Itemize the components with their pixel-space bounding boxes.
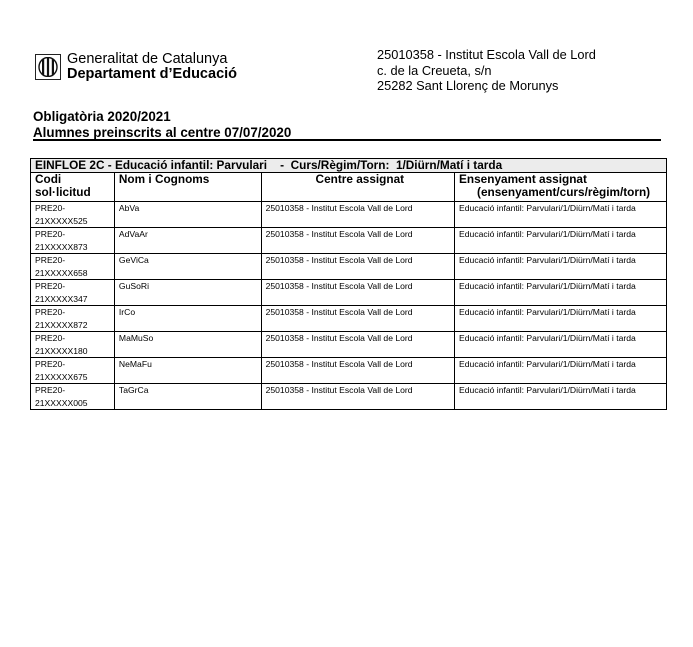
cell-ensenyament: Educació infantil: Parvulari/1/Diürn/Mat… [455, 358, 667, 384]
cell-ensenyament: Educació infantil: Parvulari/1/Diürn/Mat… [455, 384, 667, 410]
cell-code: PRE20-21XXXXX873 [31, 228, 115, 254]
cell-ensenyament: Educació infantil: Parvulari/1/Diürn/Mat… [455, 332, 667, 358]
cell-centre: 25010358 - Institut Escola Vall de Lord [261, 202, 454, 228]
column-header-code-line2: sol·licitud [35, 185, 91, 199]
cell-centre: 25010358 - Institut Escola Vall de Lord [261, 306, 454, 332]
code-part1: PRE20- [35, 281, 65, 291]
group-header-row: EINFLOE 2C - Educació infantil: Parvular… [31, 159, 667, 173]
table-row: PRE20-21XXXXX347GuSoRi25010358 - Institu… [31, 280, 667, 306]
group-header: EINFLOE 2C - Educació infantil: Parvular… [31, 159, 667, 173]
catalan-shield-icon [35, 54, 61, 80]
cell-code: PRE20-21XXXXX005 [31, 384, 115, 410]
code-part1: PRE20- [35, 385, 65, 395]
logo-line-generalitat: Generalitat de Catalunya [67, 52, 237, 67]
cell-name: TaGrCa [114, 384, 261, 410]
column-header-centre: Centre assignat [261, 173, 454, 202]
cell-code: PRE20-21XXXXX525 [31, 202, 115, 228]
cell-code: PRE20-21XXXXX180 [31, 332, 115, 358]
code-part1: PRE20- [35, 255, 65, 265]
column-header-ensenyament: Ensenyament assignat (ensenyament/curs/r… [455, 173, 667, 202]
column-header-ensenyament-line1: Ensenyament assignat [459, 172, 587, 186]
address-line-street: c. de la Creueta, s/n [377, 63, 596, 79]
cell-centre: 25010358 - Institut Escola Vall de Lord [261, 384, 454, 410]
document-title-year: Obligatòria 2020/2021 [33, 109, 291, 125]
cell-ensenyament: Educació infantil: Parvulari/1/Diürn/Mat… [455, 254, 667, 280]
code-part1: PRE20- [35, 307, 65, 317]
code-part2: 21XXXXX872 [35, 320, 88, 330]
cell-centre: 25010358 - Institut Escola Vall de Lord [261, 358, 454, 384]
title-divider [33, 139, 661, 141]
table-row: PRE20-21XXXXX005TaGrCa25010358 - Institu… [31, 384, 667, 410]
table-row: PRE20-21XXXXX525AbVa25010358 - Institut … [31, 202, 667, 228]
cell-code: PRE20-21XXXXX872 [31, 306, 115, 332]
cell-name: GuSoRi [114, 280, 261, 306]
code-part1: PRE20- [35, 359, 65, 369]
column-header-centre-label: Centre assignat [316, 172, 405, 186]
code-part2: 21XXXXX525 [35, 216, 88, 226]
school-address: 25010358 - Institut Escola Vall de Lord … [377, 47, 596, 94]
cell-ensenyament: Educació infantil: Parvulari/1/Diürn/Mat… [455, 280, 667, 306]
column-header-ensenyament-line2: (ensenyament/curs/règim/torn) [459, 186, 666, 199]
column-header-name-label: Nom i Cognoms [119, 172, 209, 186]
code-part2: 21XXXXX005 [35, 398, 88, 408]
column-header-code: Codi sol·licitud [31, 173, 115, 202]
table-row: PRE20-21XXXXX873AdVaAr25010358 - Institu… [31, 228, 667, 254]
cell-code: PRE20-21XXXXX675 [31, 358, 115, 384]
preinscribed-students-table: EINFLOE 2C - Educació infantil: Parvular… [30, 158, 667, 410]
cell-centre: 25010358 - Institut Escola Vall de Lord [261, 254, 454, 280]
code-part2: 21XXXXX180 [35, 346, 88, 356]
address-line-city: 25282 Sant Llorenç de Morunys [377, 78, 596, 94]
cell-name: IrCo [114, 306, 261, 332]
cell-name: AbVa [114, 202, 261, 228]
code-part2: 21XXXXX873 [35, 242, 88, 252]
cell-ensenyament: Educació infantil: Parvulari/1/Diürn/Mat… [455, 306, 667, 332]
code-part1: PRE20- [35, 203, 65, 213]
logo-line-departament: Departament d’Educació [67, 67, 237, 82]
table-row: PRE20-21XXXXX872IrCo25010358 - Institut … [31, 306, 667, 332]
cell-ensenyament: Educació infantil: Parvulari/1/Diürn/Mat… [455, 202, 667, 228]
code-part2: 21XXXXX675 [35, 372, 88, 382]
cell-name: AdVaAr [114, 228, 261, 254]
document-titles: Obligatòria 2020/2021 Alumnes preinscrit… [33, 109, 291, 141]
cell-centre: 25010358 - Institut Escola Vall de Lord [261, 228, 454, 254]
cell-name: NeMaFu [114, 358, 261, 384]
code-part1: PRE20- [35, 333, 65, 343]
cell-code: PRE20-21XXXXX658 [31, 254, 115, 280]
code-part2: 21XXXXX347 [35, 294, 88, 304]
table-row: PRE20-21XXXXX658GeViCa25010358 - Institu… [31, 254, 667, 280]
cell-name: MaMuSo [114, 332, 261, 358]
table-row: PRE20-21XXXXX180MaMuSo25010358 - Institu… [31, 332, 667, 358]
column-header-name: Nom i Cognoms [114, 173, 261, 202]
column-header-row: Codi sol·licitud Nom i Cognoms Centre as… [31, 173, 667, 202]
cell-name: GeViCa [114, 254, 261, 280]
cell-ensenyament: Educació infantil: Parvulari/1/Diürn/Mat… [455, 228, 667, 254]
column-header-code-line1: Codi [35, 172, 61, 186]
cell-centre: 25010358 - Institut Escola Vall de Lord [261, 280, 454, 306]
cell-code: PRE20-21XXXXX347 [31, 280, 115, 306]
table-row: PRE20-21XXXXX675NeMaFu25010358 - Institu… [31, 358, 667, 384]
code-part1: PRE20- [35, 229, 65, 239]
code-part2: 21XXXXX658 [35, 268, 88, 278]
address-line-school: 25010358 - Institut Escola Vall de Lord [377, 47, 596, 63]
cell-centre: 25010358 - Institut Escola Vall de Lord [261, 332, 454, 358]
generalitat-logo: Generalitat de Catalunya Departament d’E… [35, 52, 237, 82]
